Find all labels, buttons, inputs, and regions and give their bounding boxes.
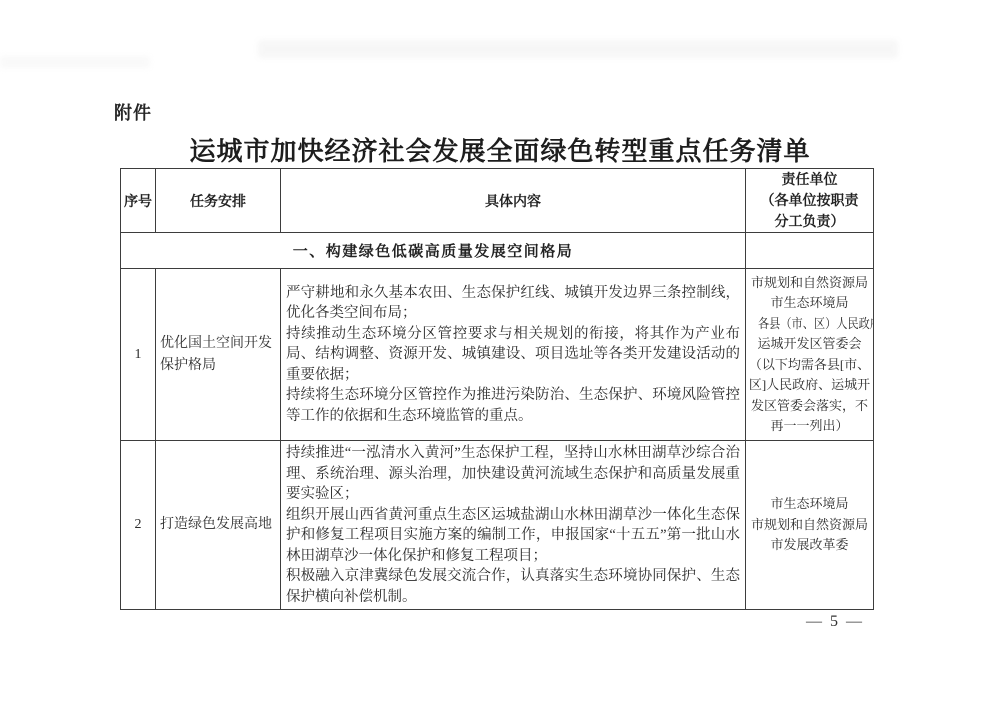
section-unit-cell-empty	[746, 233, 874, 269]
row-index: 2	[121, 441, 156, 610]
unit-note: （以下均需各县[市、区]人民政府、运城开发区管委会落实，不再一一列出）	[748, 355, 871, 437]
scan-bleed-artifact	[0, 56, 150, 68]
attachment-label: 附件	[114, 99, 152, 125]
unit-name: 运城开发区管委会	[748, 334, 871, 355]
content-paragraph: 持续推进“一泓清水入黄河”生态保护工程，坚持山水林田湖草沙综合治理、系统治理、源…	[286, 443, 740, 505]
table-row: 2 打造绿色发展高地 持续推进“一泓清水入黄河”生态保护工程，坚持山水林田湖草沙…	[121, 441, 874, 610]
content-paragraph: 持续推动生态环境分区管控要求与相关规划的衔接，将其作为产业布局、结构调整、资源开…	[286, 324, 740, 386]
row-task: 打造绿色发展高地	[156, 441, 281, 610]
unit-name: 各县（市、区）人民政府	[748, 314, 871, 335]
header-task: 任务安排	[156, 169, 281, 233]
unit-name: 市生态环境局	[748, 293, 871, 314]
content-paragraph: 持续将生态环境分区管控作为推进污染防治、生态保护、环境风险管控等工作的依据和生态…	[286, 385, 740, 426]
page-title: 运城市加快经济社会发展全面绿色转型重点任务清单	[0, 131, 1000, 168]
table-row: 1 优化国土空间开发保护格局 严守耕地和永久基本农田、生态保护红线、城镇开发边界…	[121, 269, 874, 441]
content-paragraph: 严守耕地和永久基本农田、生态保护红线、城镇开发边界三条控制线，优化各类空间布局；	[286, 283, 740, 324]
row-units: 市规划和自然资源局 市生态环境局 各县（市、区）人民政府 运城开发区管委会 （以…	[746, 269, 874, 441]
header-content: 具体内容	[281, 169, 746, 233]
header-index: 序号	[121, 169, 156, 233]
unit-name: 市生态环境局	[748, 494, 871, 515]
row-index: 1	[121, 269, 156, 441]
row-content: 持续推进“一泓清水入黄河”生态保护工程，坚持山水林田湖草沙综合治理、系统治理、源…	[281, 441, 746, 610]
unit-name: 市规划和自然资源局	[748, 273, 871, 294]
unit-name: 市规划和自然资源局	[748, 515, 871, 536]
header-unit: 责任单位 （各单位按职责 分工负责）	[746, 169, 874, 233]
unit-name: 市发展改革委	[748, 535, 871, 556]
section-row: 一、构建绿色低碳高质量发展空间格局	[121, 233, 874, 269]
row-content: 严守耕地和永久基本农田、生态保护红线、城镇开发边界三条控制线，优化各类空间布局；…	[281, 269, 746, 441]
row-task: 优化国土空间开发保护格局	[156, 269, 281, 441]
document-page: 附件 运城市加快经济社会发展全面绿色转型重点任务清单 序号 任务安排 具体内容 …	[0, 0, 1000, 706]
table-header-row: 序号 任务安排 具体内容 责任单位 （各单位按职责 分工负责）	[121, 169, 874, 233]
section-title: 一、构建绿色低碳高质量发展空间格局	[121, 233, 746, 269]
page-number: — 5 —	[806, 613, 864, 631]
scan-bleed-artifact	[258, 40, 898, 58]
content-paragraph: 积极融入京津冀绿色发展交流合作，认真落实生态环境协同保护、生态保护横向补偿机制。	[286, 566, 740, 607]
content-paragraph: 组织开展山西省黄河重点生态区运城盐湖山水林田湖草沙一体化生态保护和修复工程项目实…	[286, 505, 740, 567]
row-units: 市生态环境局 市规划和自然资源局 市发展改革委	[746, 441, 874, 610]
task-list-table: 序号 任务安排 具体内容 责任单位 （各单位按职责 分工负责） 一、构建绿色低碳…	[120, 168, 874, 610]
